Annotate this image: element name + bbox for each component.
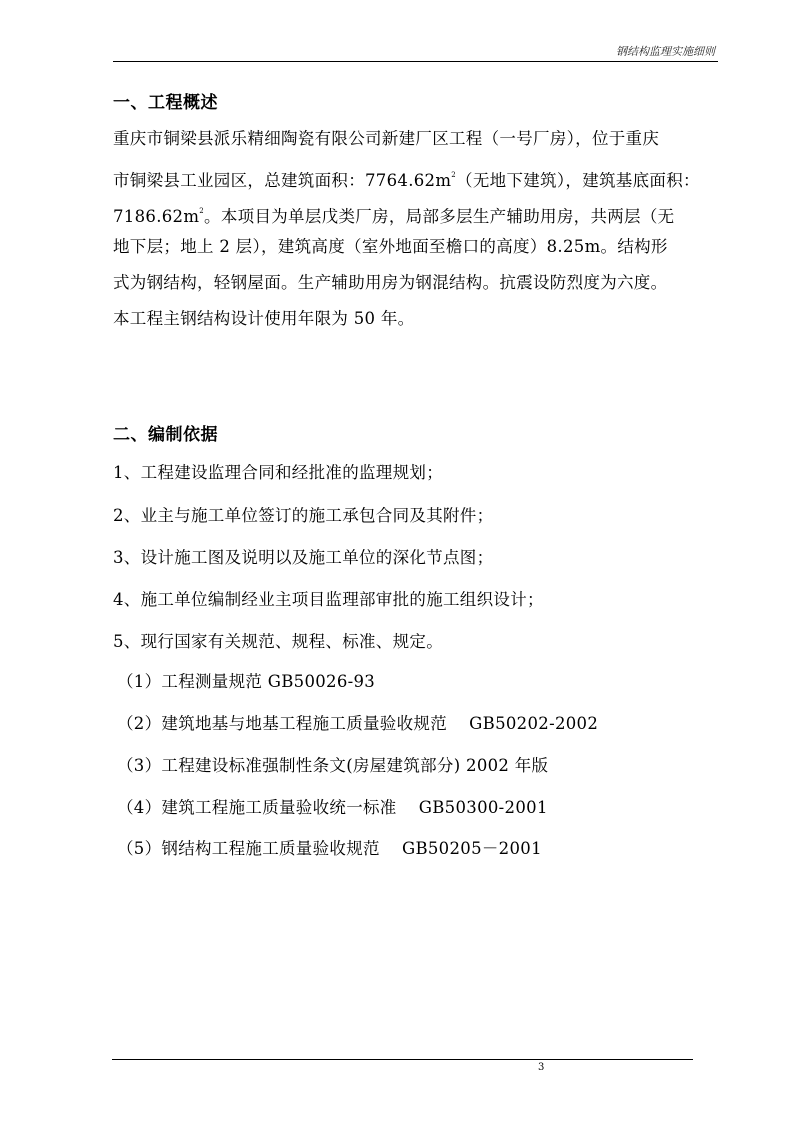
standard-item: （2）建筑地基与地基工程施工质量验收规范 GB50202-2002 [117, 710, 598, 734]
paragraph-line: 本工程主钢结构设计使用年限为 50 年。 [113, 301, 723, 337]
list-item: 2、业主与施工单位签订的施工承包合同及其附件； [113, 502, 493, 526]
running-header-title: 钢结构监理实施细则 [616, 43, 715, 59]
page-number: 3 [538, 1062, 544, 1073]
standard-item: （3）工程建设标准强制性条文(房屋建筑部分) 2002 年版 [117, 752, 548, 776]
standard-item: （4）建筑工程施工质量验收统一标准 GB50300-2001 [117, 794, 548, 818]
paragraph-line: 7186.62m2。本项目为单层戊类厂房，局部多层生产辅助用房，共两层（无 [113, 193, 723, 229]
text-span: 市铜梁县工业园区，总建筑面积：7764.62m [113, 171, 451, 190]
text-span: 。本项目为单层戊类厂房，局部多层生产辅助用房，共两层（无 [204, 207, 674, 226]
standard-item: （5）钢结构工程施工质量验收规范 GB50205－2001 [117, 835, 542, 859]
paragraph-line: 地下层；地上 2 层），建筑高度（室外地面至檐口的高度）8.25m。结构形 [113, 229, 723, 265]
standard-item: （1）工程测量规范 GB50026-93 [117, 668, 375, 692]
list-item: 1、工程建设监理合同和经批准的监理规划； [113, 459, 443, 483]
footer-rule [112, 1059, 693, 1060]
list-item: 3、设计施工图及说明以及施工单位的深化节点图； [113, 544, 493, 568]
paragraph-line: 重庆市铜梁县派乐精细陶瓷有限公司新建厂区工程（一号厂房），位于重庆 [113, 121, 723, 157]
paragraph-line: 式为钢结构，轻钢屋面。生产辅助用房为钢混结构。抗震设防烈度为六度。 [113, 265, 723, 301]
section-heading-overview: 一、工程概述 [113, 88, 218, 113]
header-rule [113, 61, 718, 62]
section-heading-basis: 二、编制依据 [113, 420, 218, 445]
text-span: （无地下建筑），建筑基底面积： [456, 171, 700, 190]
list-item: 4、施工单位编制经业主项目监理部审批的施工组织设计； [113, 586, 544, 610]
list-item: 5、现行国家有关规范、规程、标准、规定。 [113, 628, 443, 652]
overview-paragraph: 重庆市铜梁县派乐精细陶瓷有限公司新建厂区工程（一号厂房），位于重庆 市铜梁县工业… [113, 121, 723, 337]
text-span: 7186.62m [113, 207, 199, 226]
paragraph-line: 市铜梁县工业园区，总建筑面积：7764.62m2（无地下建筑），建筑基底面积： [113, 157, 723, 193]
